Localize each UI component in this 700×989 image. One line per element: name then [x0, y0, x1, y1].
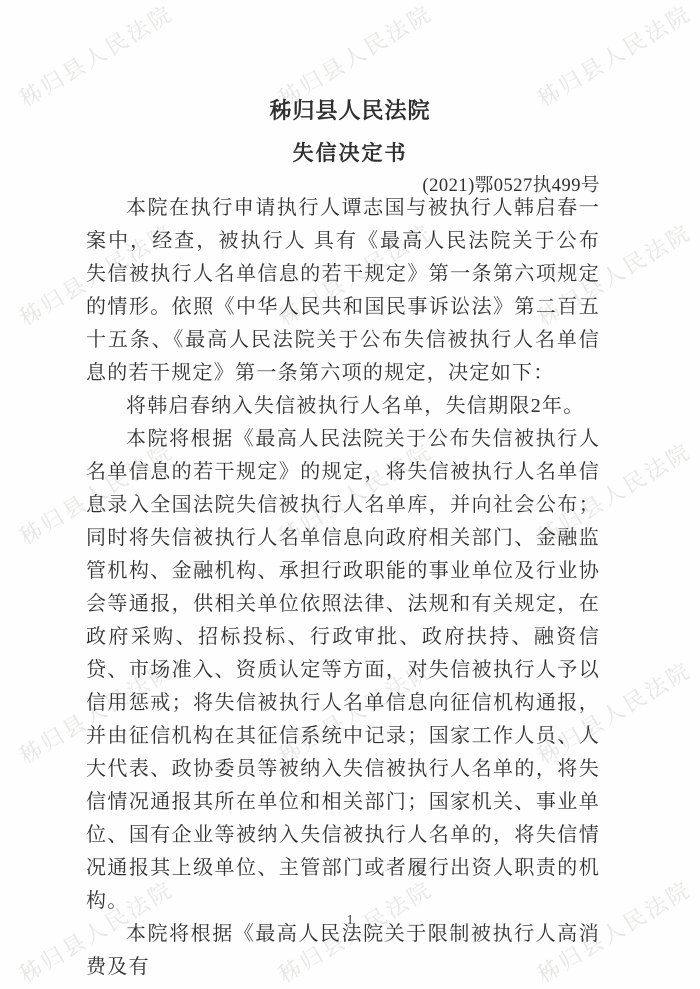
document-page: 秭归县人民法院秭归县人民法院秭归县人民法院秭归县人民法院秭归县人民法院秭归县人民… — [0, 0, 700, 989]
document-body: 本院在执行申请执行人谭志国与被执行人韩启春一案中，经查，被执行人 具有《最高人民… — [86, 192, 600, 984]
page-number: 1 — [0, 913, 700, 929]
court-name-heading: 秭归县人民法院 — [0, 94, 700, 125]
paragraph-intro: 本院在执行申请执行人谭志国与被执行人韩启春一案中，经查，被执行人 具有《最高人民… — [86, 192, 600, 390]
document-title: 失信决定书 — [0, 137, 700, 167]
paragraph-decision: 将韩启春纳入失信被执行人名单，失信期限2年。 — [86, 390, 600, 423]
paragraph-measures: 本院将根据《最高人民法院关于公布失信被执行人名单信息的若干规定》的规定，将失信被… — [86, 423, 600, 918]
document-content: 秭归县人民法院 失信决定书 (2021)鄂0527执499号 本院在执行申请执行… — [0, 0, 700, 989]
